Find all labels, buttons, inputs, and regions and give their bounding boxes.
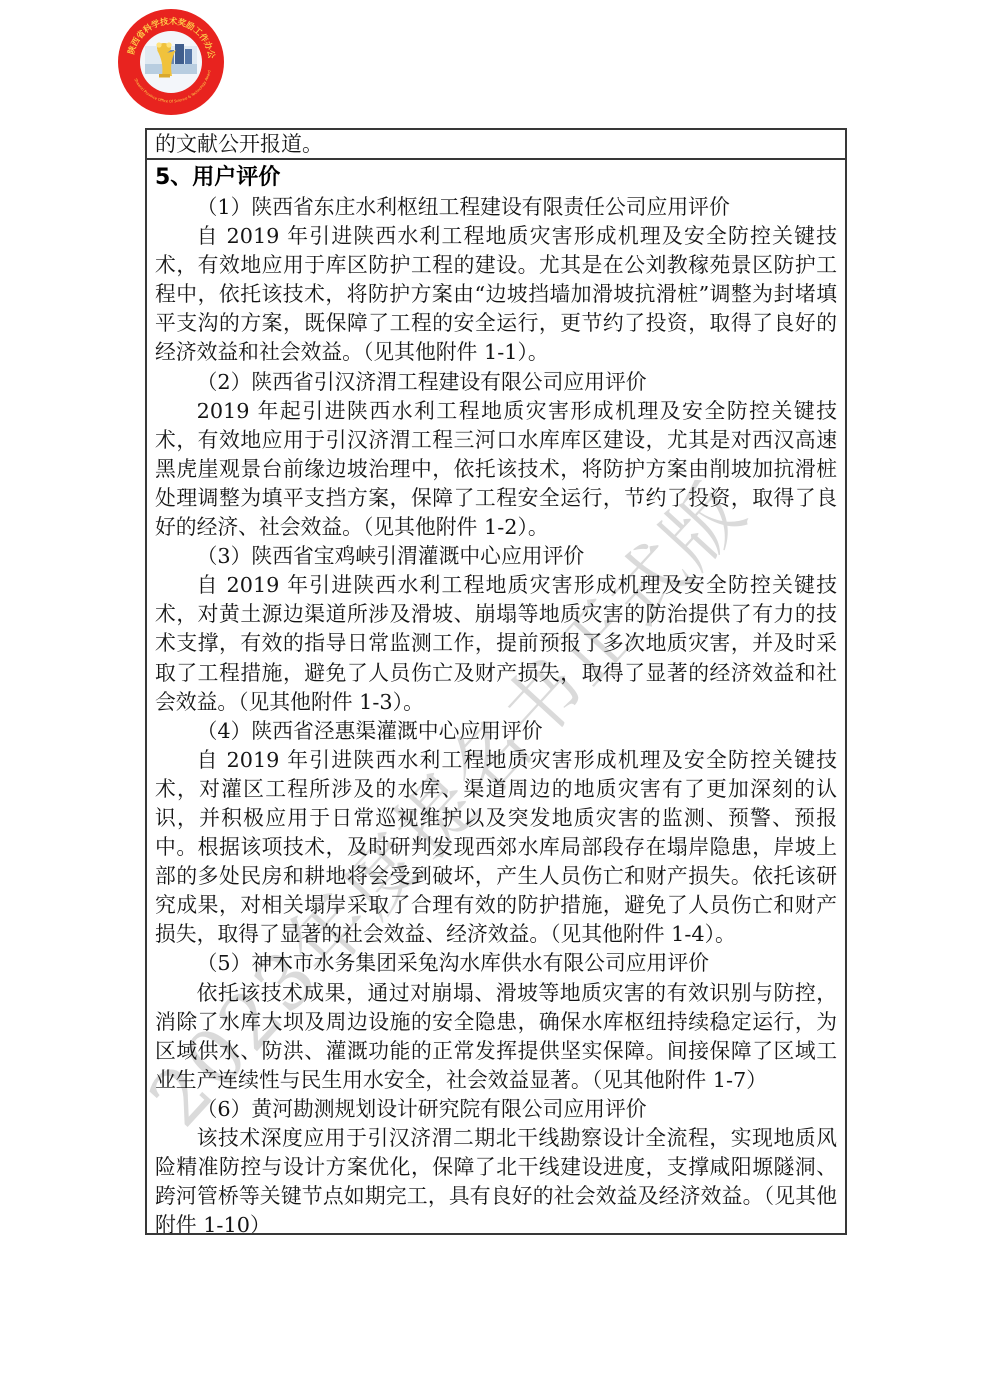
user-evaluation-row: 5、用户评价 （1）陕西省东庄水利枢纽工程建设有限责任公司应用评价 自 2019…	[147, 160, 845, 1235]
agency-seal-logo: 陕西省科学技术奖励工作办公室 Shaanxi Province Office O…	[115, 6, 227, 118]
document-page: 陕西省科学技术奖励工作办公室 Shaanxi Province Office O…	[0, 0, 990, 1399]
evaluation-title: （4）陕西省泾惠渠灌溉中心应用评价	[155, 717, 837, 746]
evaluation-body: 依托该技术成果，通过对崩塌、滑坡等地质灾害的有效识别与防控，消除了水库大坝及周边…	[155, 979, 837, 1095]
previous-section-tail-row: 的文献公开报道。	[147, 130, 845, 160]
document-table: 的文献公开报道。 5、用户评价 （1）陕西省东庄水利枢纽工程建设有限责任公司应用…	[145, 128, 847, 1235]
evaluation-title: （1）陕西省东庄水利枢纽工程建设有限责任公司应用评价	[155, 193, 837, 222]
evaluation-body: 2019 年起引进陕西水利工程地质灾害形成机理及安全防控关键技术，有效地应用于引…	[155, 397, 837, 542]
seal-icon: 陕西省科学技术奖励工作办公室 Shaanxi Province Office O…	[115, 6, 227, 118]
evaluation-title: （6）黄河勘测规划设计研究院有限公司应用评价	[155, 1095, 837, 1124]
evaluation-title: （3）陕西省宝鸡峡引渭灌溉中心应用评价	[155, 542, 837, 571]
evaluation-body: 自 2019 年引进陕西水利工程地质灾害形成机理及安全防控关键技术，对灌区工程所…	[155, 746, 837, 950]
evaluation-body: 该技术深度应用于引汉济渭二期北干线勘察设计全流程，实现地质风险精准防控与设计方案…	[155, 1124, 837, 1235]
seal-center-image	[145, 42, 197, 77]
evaluation-title: （2）陕西省引汉济渭工程建设有限公司应用评价	[155, 368, 837, 397]
evaluation-body: 自 2019 年引进陕西水利工程地质灾害形成机理及安全防控关键技术，对黄土源边渠…	[155, 571, 837, 716]
evaluation-body: 自 2019 年引进陕西水利工程地质灾害形成机理及安全防控关键技术，有效地应用于…	[155, 222, 837, 367]
evaluation-title: （5）神木市水务集团采兔沟水库供水有限公司应用评价	[155, 949, 837, 978]
section-heading: 5、用户评价	[155, 162, 837, 193]
previous-section-tail-text: 的文献公开报道。	[155, 132, 323, 156]
